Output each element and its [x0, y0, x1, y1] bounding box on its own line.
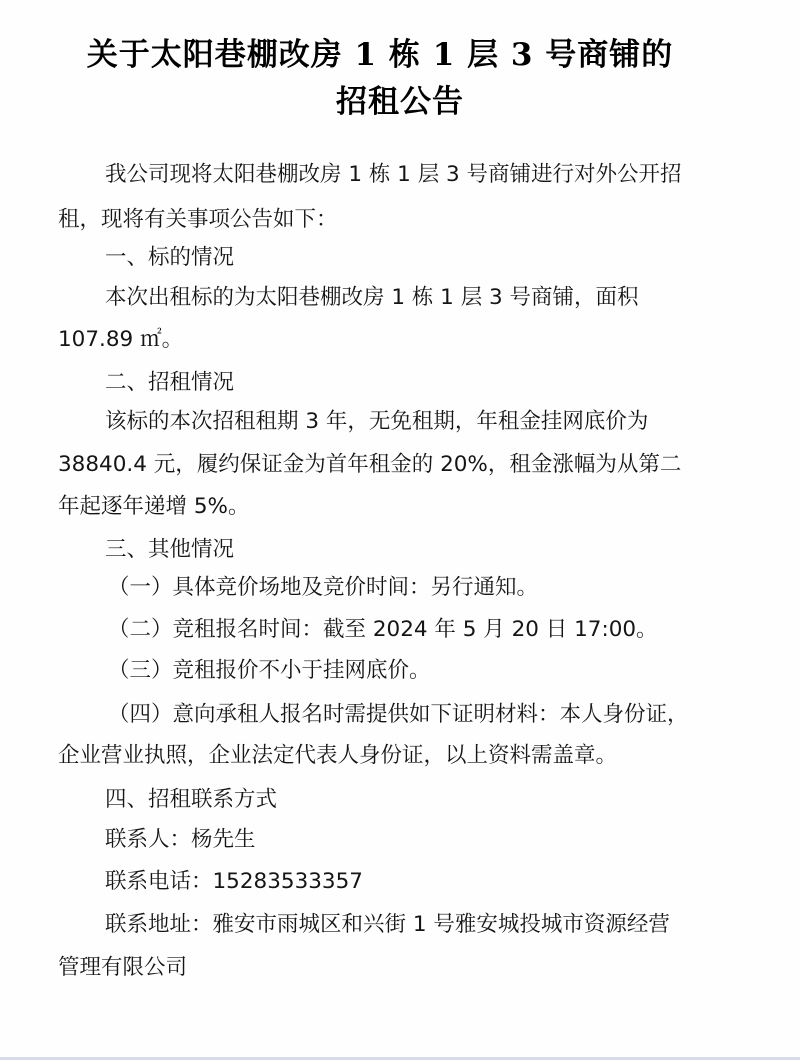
document-title-line1: 关于太阳巷棚改房 1 栋 1 层 3 号商铺的 [0, 29, 780, 74]
section3-heading: 三、其他情况 [105, 535, 234, 565]
section2-line3: 年起逐年递增 5%。 [58, 492, 249, 522]
contact-phone: 联系电话：15283533357 [105, 867, 363, 897]
contact-person: 联系人：杨先生 [105, 825, 256, 855]
section2-line2: 38840.4 元，履约保证金为首年租金的 20%，租金涨幅为从第二 [58, 450, 681, 480]
contact-address-line2: 管理有限公司 [58, 953, 187, 983]
section1-line2: 107.89 ㎡。 [58, 325, 183, 355]
section4-heading: 四、招租联系方式 [105, 785, 277, 815]
section1-heading: 一、标的情况 [105, 243, 234, 273]
document-page: 关于太阳巷棚改房 1 栋 1 层 3 号商铺的 招租公告 我公司现将太阳巷棚改房… [0, 0, 800, 1060]
section3-item3: （三）竞租报价不小于挂网底价。 [108, 656, 431, 686]
section1-line1: 本次出租标的为太阳巷棚改房 1 栋 1 层 3 号商铺，面积 [105, 283, 639, 313]
section3-item1: （一）具体竞价场地及竞价时间：另行通知。 [108, 573, 538, 603]
section3-item4-line1: （四）意向承租人报名时需提供如下证明材料：本人身份证， [108, 700, 689, 730]
contact-address-line1: 联系地址：雅安市雨城区和兴街 1 号雅安城投城市资源经营 [105, 910, 670, 940]
document-title-line2: 招租公告 [0, 76, 800, 121]
intro-line1: 我公司现将太阳巷棚改房 1 栋 1 层 3 号商铺进行对外公开招 [105, 160, 682, 190]
section3-item2: （二）竞租报名时间：截至 2024 年 5 月 20 日 17:00。 [108, 615, 658, 645]
section2-line1: 该标的本次招租租期 3 年，无免租期，年租金挂网底价为 [105, 407, 648, 437]
section2-heading: 二、招租情况 [105, 368, 234, 398]
intro-line2: 租，现将有关事项公告如下： [58, 205, 338, 235]
section3-item4-line2: 企业营业执照，企业法定代表人身份证，以上资料需盖章。 [58, 741, 617, 771]
